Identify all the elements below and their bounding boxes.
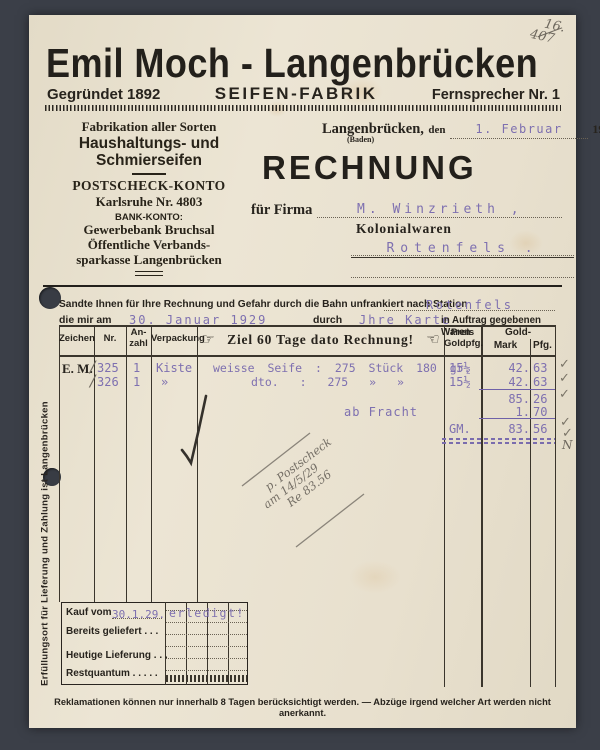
table-vline <box>151 325 152 602</box>
row-verpackung: Kiste <box>156 361 192 375</box>
total-pfg: 56 <box>533 422 547 436</box>
info-divider <box>132 173 166 175</box>
dateline-den: den <box>428 124 445 136</box>
typed-station: Rotenfels <box>426 298 514 312</box>
handwritten-payment-note: p. Postscheck am 14/5/29 Re 83.56 <box>248 404 391 525</box>
row-zeichen: E. M. <box>62 361 93 377</box>
handwritten-tick: / <box>90 371 95 390</box>
total-mark: 83. <box>481 422 530 436</box>
row-beschreibung: weisse Seife : 275 Stück 180 gr. <box>213 361 471 375</box>
total-label: GM. <box>449 422 471 436</box>
handwritten-checkmark: ✓ <box>559 387 570 402</box>
bank-line1: Gewerbebank Bruchsal <box>43 223 255 238</box>
margin-note-vertical: Erfüllungsort für Lieferung und Zahlung … <box>40 394 51 694</box>
phone-number: Fernsprecher Nr. 1 <box>432 87 560 103</box>
info-divider-double <box>135 271 163 276</box>
bereits-geliefert-label: Bereits geliefert . . . <box>66 626 158 637</box>
subtotal-pfg: 26 <box>533 392 547 406</box>
row-pfg: 63 <box>533 361 547 375</box>
freight-pfg: 70 <box>533 405 547 419</box>
info-line2: Haushaltungs- und <box>43 135 255 152</box>
row-anzahl: 1 <box>133 375 140 389</box>
photo-background: { "colors":{"paper":"#e9e1cf","ink":"#27… <box>0 0 600 750</box>
row-beschreibung: dto. : 275 » » <box>251 375 404 389</box>
hatched-divider <box>45 105 561 111</box>
empty-dotted-line <box>351 265 574 278</box>
col-header-mark: Mark <box>481 340 530 352</box>
table-vline <box>197 325 198 602</box>
restquantum-label: Restquantum . . . . . <box>66 668 158 679</box>
box-grid-hline <box>166 622 247 623</box>
table-vline <box>555 325 556 687</box>
typed-invoice-date: 1. Februar <box>475 122 562 136</box>
founded-year: Gegründet 1892 <box>47 86 160 103</box>
sum-underline <box>479 418 555 419</box>
row-anzahl: 1 <box>133 361 140 375</box>
postscheck-value: Karlsruhe Nr. 4803 <box>43 194 255 210</box>
paper-stain <box>349 560 401 594</box>
row-mark: 42. <box>481 361 530 375</box>
col-header-verpackung: Verpackung <box>151 334 197 345</box>
postscheck-label: POSTSCHECK-KONTO <box>43 178 255 194</box>
typed-erledigt: erledigt! <box>169 606 245 620</box>
table-vline <box>126 325 127 602</box>
table-vline <box>59 325 60 602</box>
row-pfg: 63 <box>533 375 547 389</box>
freight-mark: 1. <box>481 405 530 419</box>
row-nr: 326 <box>97 375 119 389</box>
row-mark: 42. <box>481 375 530 389</box>
col-header-pfg: Pfg. <box>530 340 555 352</box>
heutige-lieferung-label: Heutige Lieferung . . . <box>66 650 168 661</box>
handwritten-n-mark: N <box>562 438 573 452</box>
table-vline <box>444 325 445 687</box>
punch-hole <box>39 287 61 309</box>
col-header-preis: Preis <box>451 327 474 338</box>
bank-line3: sparkasse Langenbrücken <box>43 253 255 268</box>
kauf-vom-label: Kauf vom <box>66 607 112 618</box>
row-preis: 15½ <box>449 361 471 375</box>
bank-line2: Öffentliche Verbands- <box>43 238 255 253</box>
info-line3: Schmierseifen <box>43 152 255 169</box>
invoice-document: 16. 407 Emil Moch - Langenbrücken Gegrün… <box>29 15 576 728</box>
section-rule <box>43 285 562 287</box>
closing-dashes <box>442 442 555 444</box>
typed-customer-name: M. Winzrieth , <box>357 202 523 217</box>
pointing-hand-left-icon: ☜ <box>426 331 439 348</box>
box-grid-hline <box>166 670 247 671</box>
col-header-zeichen: Zeichen <box>59 334 94 345</box>
col-header-nr: Nr. <box>94 334 126 345</box>
typed-kauf-date: 30.1.29. <box>112 608 165 621</box>
dateline-region: (Baden) <box>347 135 374 144</box>
box-divider <box>165 602 166 685</box>
business-type: SEIFEN-FABRIK <box>215 84 378 104</box>
customer-trade: Kolonialwaren <box>356 221 452 237</box>
footer-terms: Reklamationen können nur innerhalb 8 Tag… <box>48 697 557 719</box>
invoice-title: RECHNUNG <box>262 149 477 187</box>
sum-underline <box>479 389 555 390</box>
row-verpackung: » <box>161 375 168 389</box>
row-nr: 325 <box>97 361 119 375</box>
box-hatched-strip <box>166 675 247 682</box>
box-grid-hline <box>166 658 247 659</box>
col-header-gold: Gold- <box>481 327 555 339</box>
company-name: Emil Moch - Langenbrücken <box>46 40 538 87</box>
typed-customer-city: Rotenfels . <box>386 241 538 256</box>
handwritten-big-checkmark <box>182 396 206 463</box>
dateline-year-printed: 192 <box>592 122 600 136</box>
row-preis: 15½ <box>449 375 471 389</box>
box-grid-hline <box>166 646 247 647</box>
pencil-diagonal-stroke <box>296 494 364 547</box>
firma-label: für Firma <box>251 202 312 219</box>
pointing-hand-right-icon: ☞ <box>201 331 214 348</box>
col-header-anzahl: An- <box>131 327 147 338</box>
table-vline <box>530 339 531 687</box>
handwritten-checkmark: ✓ <box>559 357 570 372</box>
handwritten-checkmark: ✓ <box>559 371 570 386</box>
payment-terms: Ziel 60 Tage dato Rechnung! <box>227 332 414 347</box>
info-line1: Fabrikation aller Sorten <box>43 119 255 135</box>
city-underline <box>351 257 574 258</box>
box-grid-hline <box>166 634 247 635</box>
subtotal-mark: 85. <box>481 392 530 406</box>
closing-dashes <box>442 438 555 440</box>
